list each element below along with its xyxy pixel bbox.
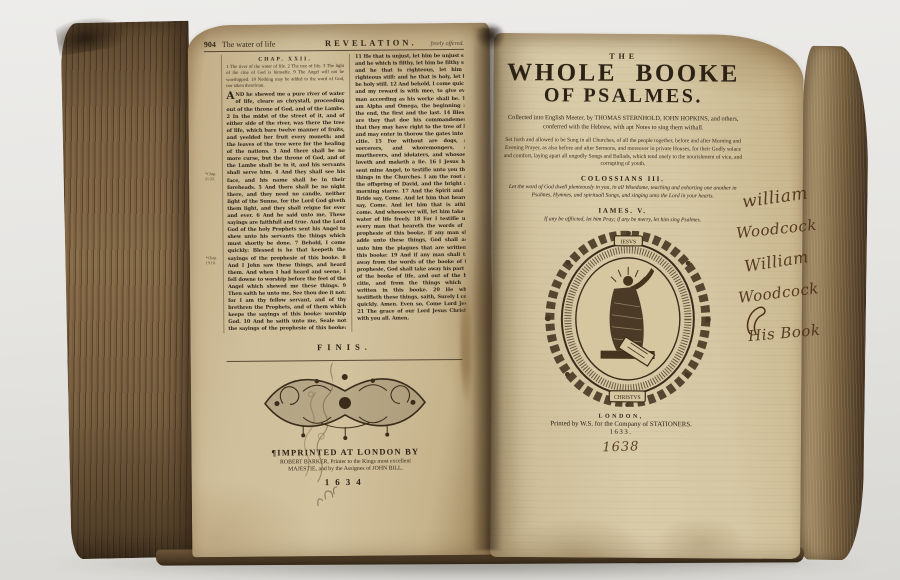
left-page-footer: FINIS. — [206, 341, 467, 488]
margin-note: *Chap. 19.10. — [206, 255, 223, 265]
bible-text-column-1: AND he shewed me a pure river of water o… — [226, 91, 346, 333]
margin-note: *Chap. 21.23. — [205, 171, 222, 181]
james-verse: If any be afflicted, let him Pray; if an… — [497, 216, 749, 226]
faded-vertical-inscription — [290, 336, 333, 486]
book-title: REVELATION. — [325, 37, 417, 48]
title-of-psalmes: OF PSALMES. — [497, 85, 749, 108]
title-page-print-block: THE WHOLE BOOKE OF PSALMES. Collected in… — [495, 51, 750, 456]
imprint-year: 1634 — [224, 476, 468, 488]
finis-rule — [227, 359, 463, 362]
left-page: 904 The water of life REVELATION. freely… — [188, 23, 495, 558]
left-page-edges — [60, 21, 199, 560]
inscription-line: Woodcock — [737, 279, 820, 307]
inscription-line: Woodcock — [735, 216, 817, 242]
gutter-top-shadow — [476, 22, 506, 50]
photo-backdrop: 904 The water of life REVELATION. freely… — [0, 0, 900, 580]
bible-text-column-2: 11 He that is unjust, let him be unjust … — [355, 53, 466, 324]
set-forth-note: Set forth and allowed to be Sung in all … — [497, 137, 749, 170]
finis-label: FINIS. — [222, 341, 466, 353]
running-title: The water of life — [222, 40, 276, 49]
ink-stain — [460, 287, 471, 401]
inscription-line: William — [743, 247, 810, 276]
handwritten-year: 1638 — [495, 436, 747, 458]
colossians-verse: Let the word of God dwell plenteously in… — [497, 184, 749, 201]
margin-notes-column: *Chap. 21.23. *Chap. 19.10. — [204, 55, 224, 333]
london-label: LONDON, — [495, 413, 747, 421]
running-header: 904 The water of life REVELATION. freely… — [204, 37, 464, 52]
james-heading: IAMES. V. — [497, 206, 749, 216]
owner-inscription: william Woodcock William Woodcock His Bo… — [728, 182, 898, 382]
chapter-argument: 1 The river of the water of life. 2 The … — [226, 64, 344, 90]
header-corner-note: freely offered. — [431, 41, 464, 47]
scripture-columns: *Chap. 21.23. *Chap. 19.10. CHAP. XXII. … — [204, 53, 466, 333]
page-number: 904 — [204, 40, 216, 49]
title-whole-booke: WHOLE BOOKE — [497, 60, 749, 87]
tailpiece-ornament-woodcut — [257, 364, 434, 444]
text-column-2: 11 He that is unjust, let him be unjust … — [349, 53, 466, 332]
printers-device-woodcut: IESVS CHRISTVS — [539, 230, 716, 412]
inscription-line: william — [741, 184, 809, 213]
open-book: 904 The water of life REVELATION. freely… — [60, 12, 868, 568]
device-christus-label: CHRISTVS — [614, 394, 641, 400]
imprint-line-1: ¶IMPRINTED AT LONDON BY — [223, 446, 467, 458]
chapter-heading: CHAP. XXII. — [226, 56, 344, 63]
colossians-heading: COLOSSIANS III. — [497, 174, 749, 184]
imprint-line-3: MAJESTIE, and by the Assignes of JOHN BI… — [224, 465, 468, 473]
text-column-1: CHAP. XXII. 1 The river of the water of … — [226, 54, 346, 333]
collected-note: Collected into English Meeter, by THOMAS… — [497, 113, 749, 133]
device-jesus-label: IESVS — [621, 239, 636, 245]
print-year: 1633. — [495, 428, 747, 437]
